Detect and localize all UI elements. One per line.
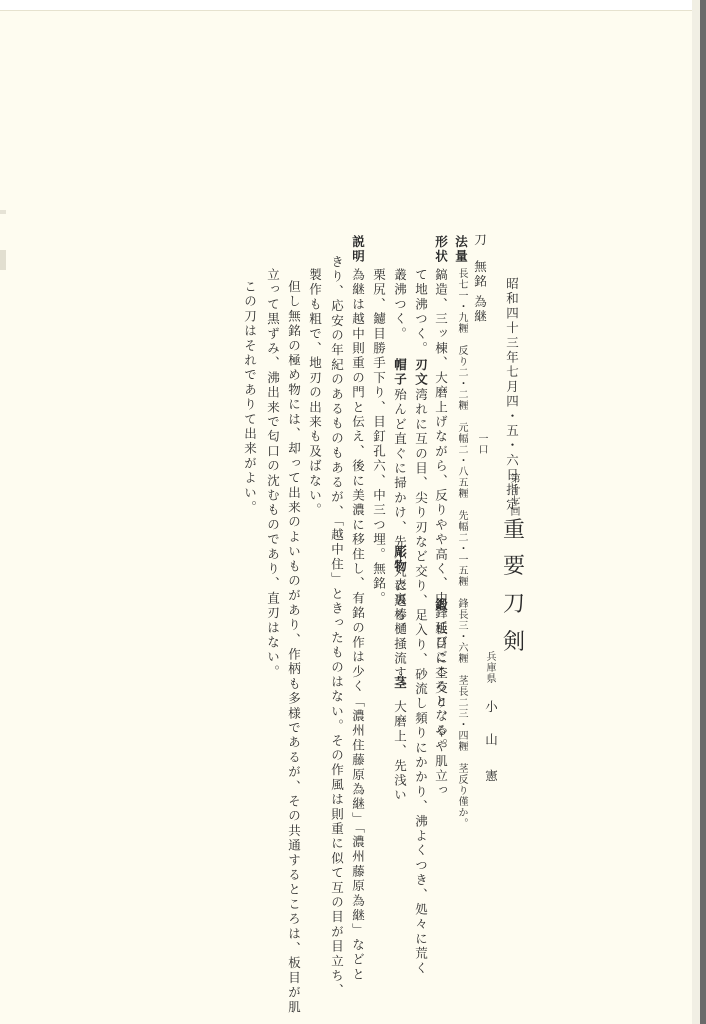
carving-label: 彫物 (393, 545, 406, 574)
hamon-text: 湾れに互の目、尖り刃など交り、足入り、砂流し頻りにかかり、沸よくつき、処々に荒く (414, 388, 427, 976)
explanation-line-1: 為継は越中則重の門と伝え、後に美濃に移住し、有銘の作は少く「濃州住藤原為継」「濃… (351, 268, 364, 982)
session-number: 第十七回 (508, 473, 518, 517)
measurements-text: 長七一・九糎 反り二・二糎 元幅二・八五糎 先幅二・一五糎 鋒長三・六糎 茎長二… (456, 268, 466, 829)
page-right-shadow (692, 0, 700, 1024)
nakago-label: 茎 (393, 676, 406, 691)
item-signature: 無銘 (473, 260, 486, 289)
explanation-line-4: 但し無銘の極め物には、却って出来のよいものがあり、作柄も多様であるが、その共通す… (287, 280, 300, 1015)
nakago-text: 大磨上、先浅い (393, 700, 406, 803)
hamon-label: 刃文 (414, 358, 427, 387)
shape-label: 形状 (434, 235, 447, 264)
prefecture: 兵庫県 (484, 651, 494, 684)
explanation-line-5: 立って黒ずみ、沸出来で匂口の沈むものであり、直刃はない。 (266, 268, 279, 680)
title-char-2: 要 (503, 556, 525, 578)
forging-text: 板目に杢交り、やや肌立っ (434, 622, 447, 798)
owner-char-2: 山 (484, 733, 497, 748)
explanation-line-2: きり、応安の年紀のあるものもあるが、「越中住」ときったものはない。その作風は則重… (330, 255, 343, 998)
title-char-1: 重 (503, 520, 525, 542)
hamon-text-cont: 叢沸つく。 (393, 268, 406, 342)
title-char-4: 剣 (503, 632, 525, 654)
explanation-line-3: 製作も粗で、地刃の出来も及ばない。 (308, 268, 321, 518)
nakago-text-cont: 栗尻、鑢目勝手下り、目釘孔六、中三つ埋。無銘。 (372, 268, 385, 606)
forging-label: 鍛 (434, 598, 447, 613)
item-type: 刀 (473, 233, 486, 248)
item-count: 一口 (476, 433, 486, 455)
item-attribution: 為継 (473, 295, 486, 324)
scan-border (700, 0, 706, 1024)
explanation-line-6: この刀はそれでありて出来がよい。 (243, 280, 256, 515)
owner-char-3: 憲 (484, 769, 497, 784)
scan-marks (0, 190, 6, 290)
explanation-label: 説明 (351, 235, 364, 264)
title-char-3: 刀 (503, 594, 525, 616)
page-top-edge (0, 0, 700, 11)
forging-text-cont: て地沸つく。 (414, 268, 427, 356)
boshi-label: 帽子 (393, 358, 406, 387)
document-page (0, 0, 700, 1024)
owner-char-1: 小 (484, 700, 497, 715)
measurements-label: 法量 (454, 235, 467, 264)
